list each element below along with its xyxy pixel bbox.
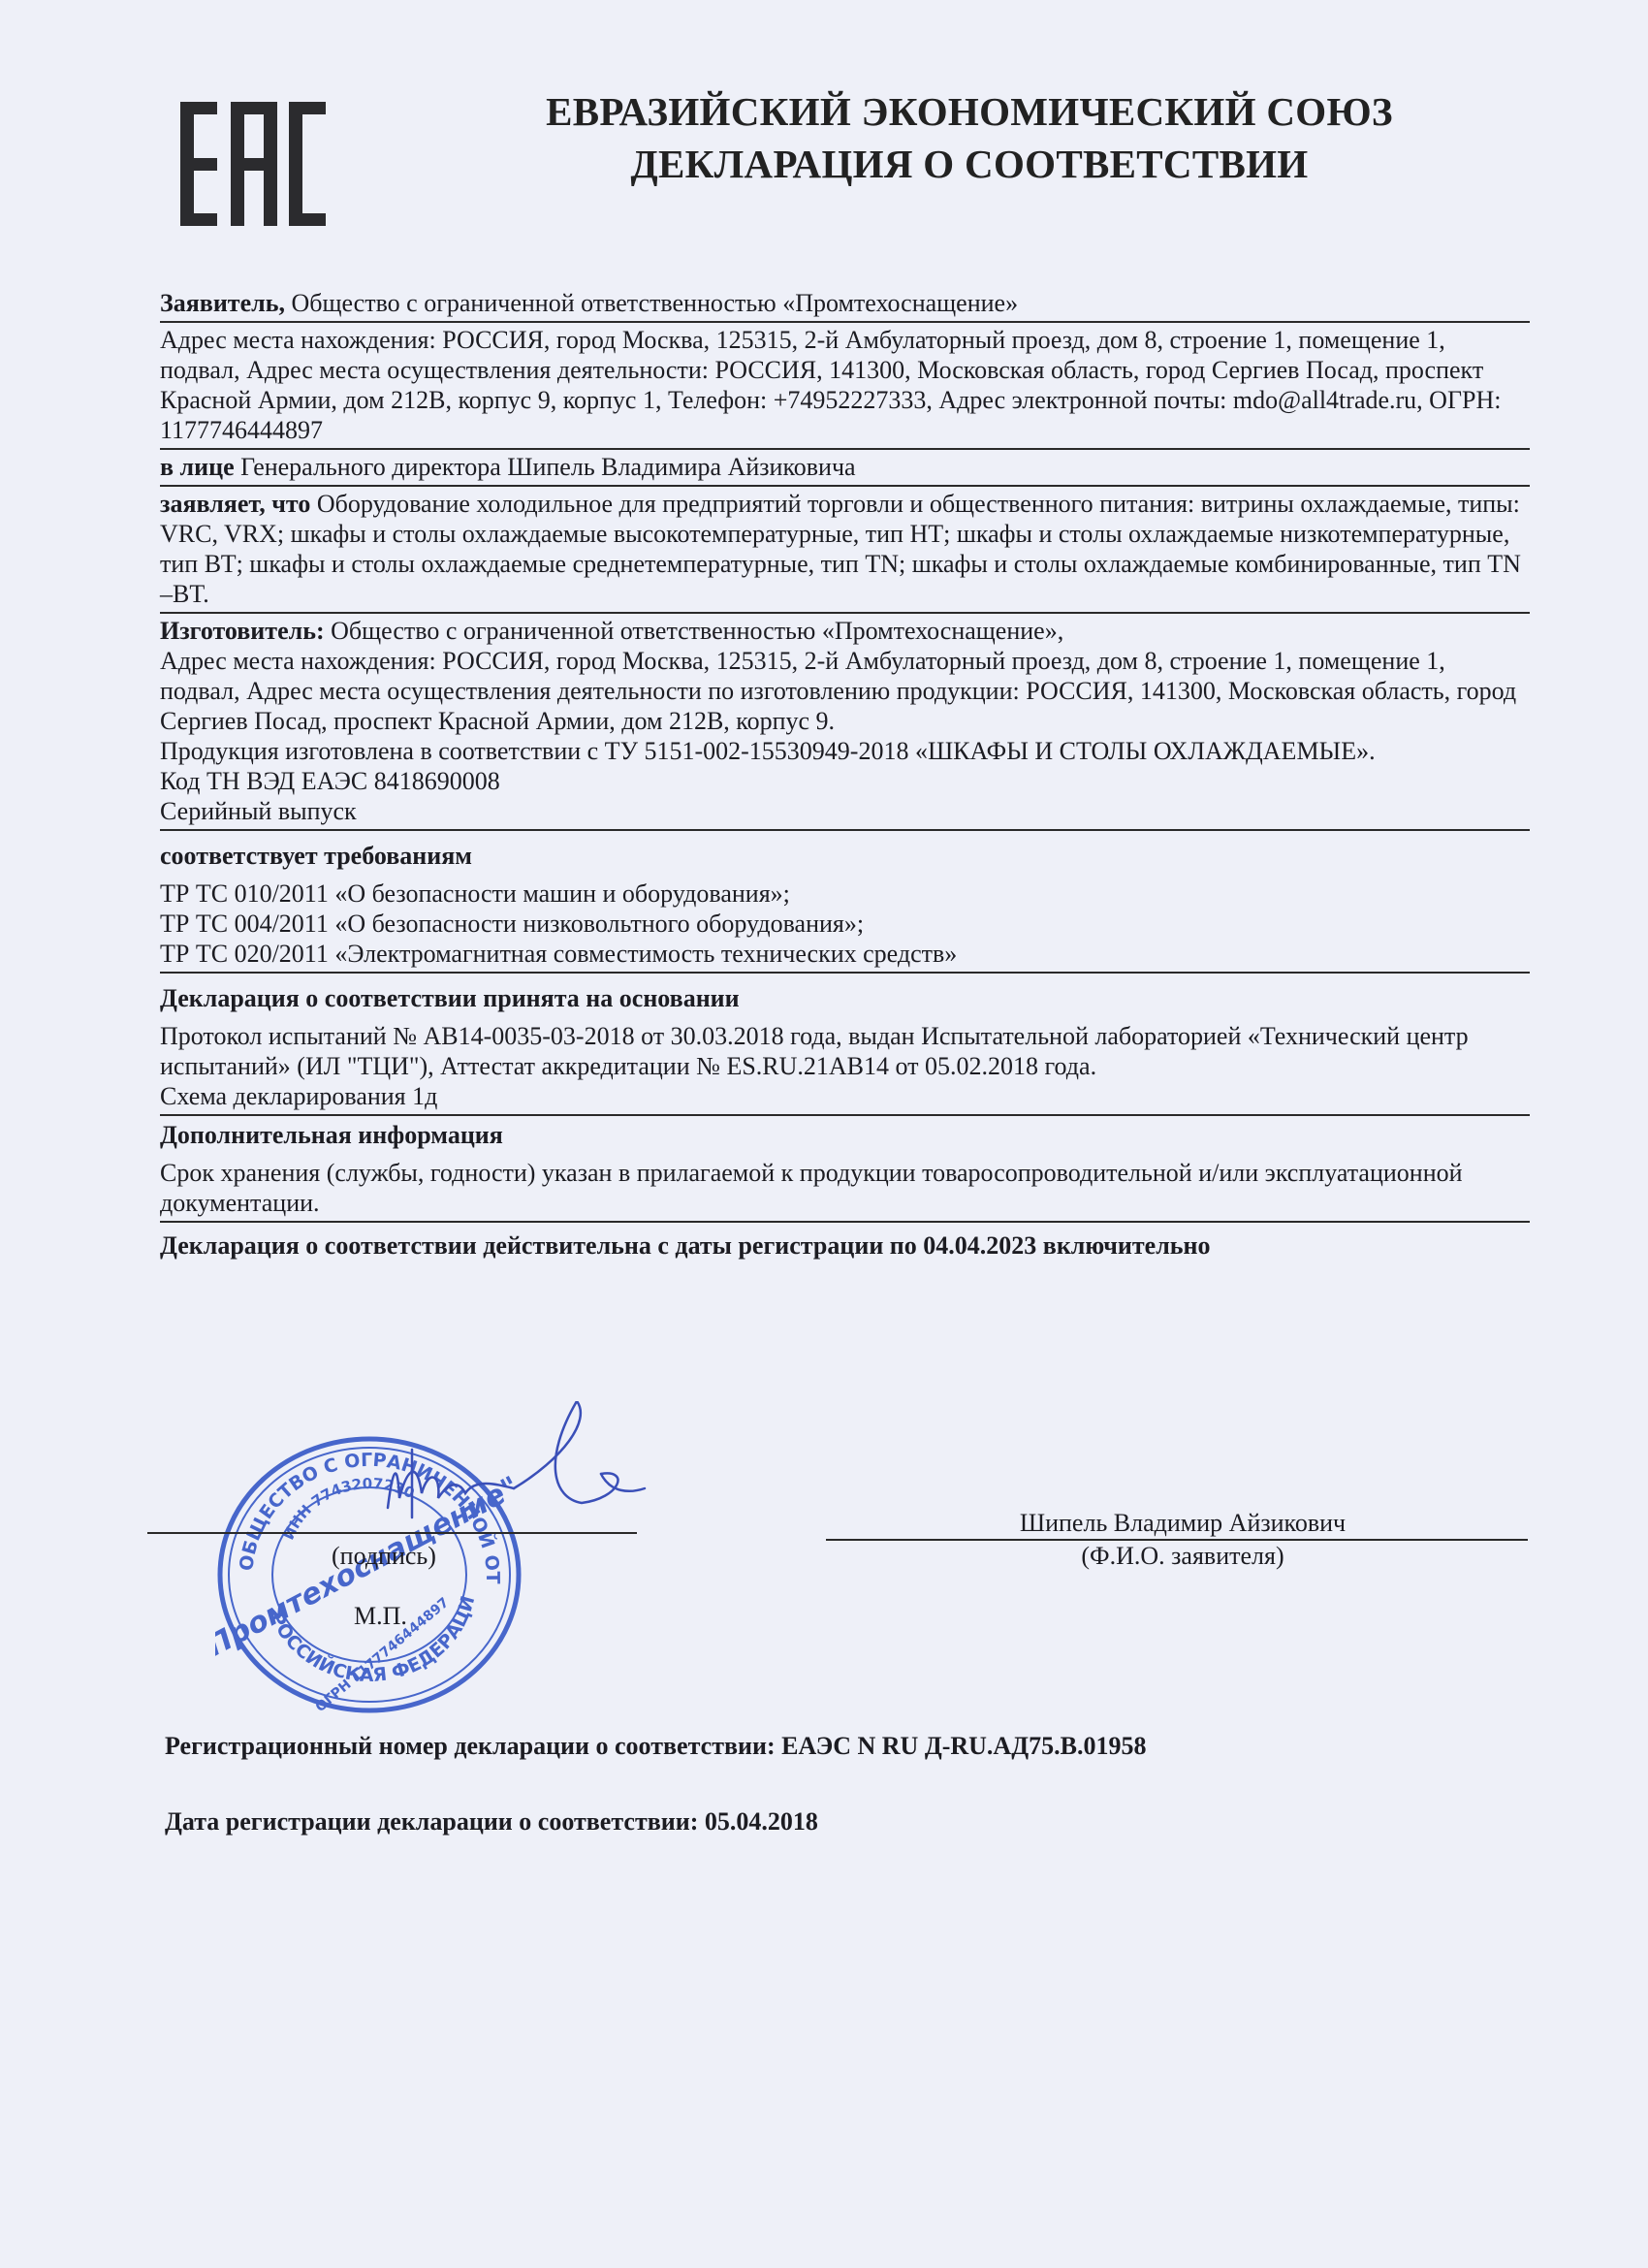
- address-section: Адрес места нахождения: РОССИЯ, город Мо…: [160, 323, 1530, 450]
- representative-section: в лице Генерального директора Шипель Вла…: [160, 450, 1530, 487]
- applicant-value: Общество с ограниченной ответственностью…: [285, 289, 1018, 317]
- additional-section: Дополнительная информация Срок хранения …: [160, 1116, 1530, 1223]
- requirements-heading: соответствует требованиям: [160, 841, 1530, 871]
- manufacturer-address: Адрес места нахождения: РОССИЯ, город Мо…: [160, 646, 1530, 736]
- declaration-body: Заявитель, Общество с ограниченной ответ…: [160, 286, 1530, 1261]
- manufacturer-production: Серийный выпуск: [160, 796, 1530, 826]
- title-declaration: ДЕКЛАРАЦИЯ О СООТВЕТСТВИИ: [407, 138, 1532, 190]
- manufacturer-spec: Продукция изготовлена в соответствии с Т…: [160, 736, 1530, 766]
- registration-number: Регистрационный номер декларации о соотв…: [165, 1732, 1146, 1761]
- additional-heading: Дополнительная информация: [160, 1120, 1530, 1150]
- signature-line: [147, 1532, 637, 1534]
- manufacturer-code: Код ТН ВЭД ЕАЭС 8418690008: [160, 766, 1530, 796]
- representative-value: Генерального директора Шипель Владимира …: [235, 453, 856, 481]
- declares-section: заявляет, что Оборудование холодильное д…: [160, 487, 1530, 614]
- basis-text: Протокол испытаний № АВ14-0035-03-2018 о…: [160, 1021, 1530, 1081]
- applicant-label: Заявитель,: [160, 289, 285, 317]
- applicant-address: Адрес места нахождения: РОССИЯ, город Мо…: [160, 325, 1530, 445]
- declares-label: заявляет, что: [160, 490, 310, 518]
- registration-date: Дата регистрации декларации о соответств…: [165, 1807, 818, 1837]
- additional-text: Срок хранения (службы, годности) указан …: [160, 1158, 1530, 1218]
- requirement-item: ТР ТС 010/2011 «О безопасности машин и о…: [160, 878, 1530, 909]
- applicant-section: Заявитель, Общество с ограниченной ответ…: [160, 286, 1530, 323]
- requirement-item: ТР ТС 020/2011 «Электромагнитная совмест…: [160, 939, 1530, 969]
- signature-label: (подпись): [332, 1542, 436, 1571]
- validity-statement: Декларация о соответствии действительна …: [160, 1223, 1530, 1261]
- manufacturer-value: Общество с ограниченной ответственностью…: [325, 617, 1064, 645]
- basis-section: Декларация о соответствии принята на осн…: [160, 974, 1530, 1116]
- manufacturer-section: Изготовитель: Общество с ограниченной от…: [160, 614, 1530, 831]
- applicant-full-name: Шипель Владимир Айзикович: [834, 1509, 1532, 1538]
- declares-value: Оборудование холодильное для предприятий…: [160, 490, 1521, 608]
- document-title: ЕВРАЗИЙСКИЙ ЭКОНОМИЧЕСКИЙ СОЮЗ ДЕКЛАРАЦИ…: [407, 85, 1532, 190]
- title-union: ЕВРАЗИЙСКИЙ ЭКОНОМИЧЕСКИЙ СОЮЗ: [407, 85, 1532, 138]
- basis-heading: Декларация о соответствии принята на осн…: [160, 983, 1530, 1013]
- representative-label: в лице: [160, 453, 235, 481]
- requirements-section: соответствует требованиям ТР ТС 010/2011…: [160, 831, 1530, 974]
- name-line: [826, 1539, 1528, 1541]
- requirement-item: ТР ТС 004/2011 «О безопасности низковоль…: [160, 909, 1530, 939]
- seal-place-label: М.П.: [354, 1602, 407, 1631]
- basis-scheme: Схема декларирования 1д: [160, 1081, 1530, 1111]
- eac-mark-icon: [180, 102, 326, 226]
- manufacturer-label: Изготовитель:: [160, 617, 325, 645]
- name-label: (Ф.И.О. заявителя): [834, 1542, 1532, 1571]
